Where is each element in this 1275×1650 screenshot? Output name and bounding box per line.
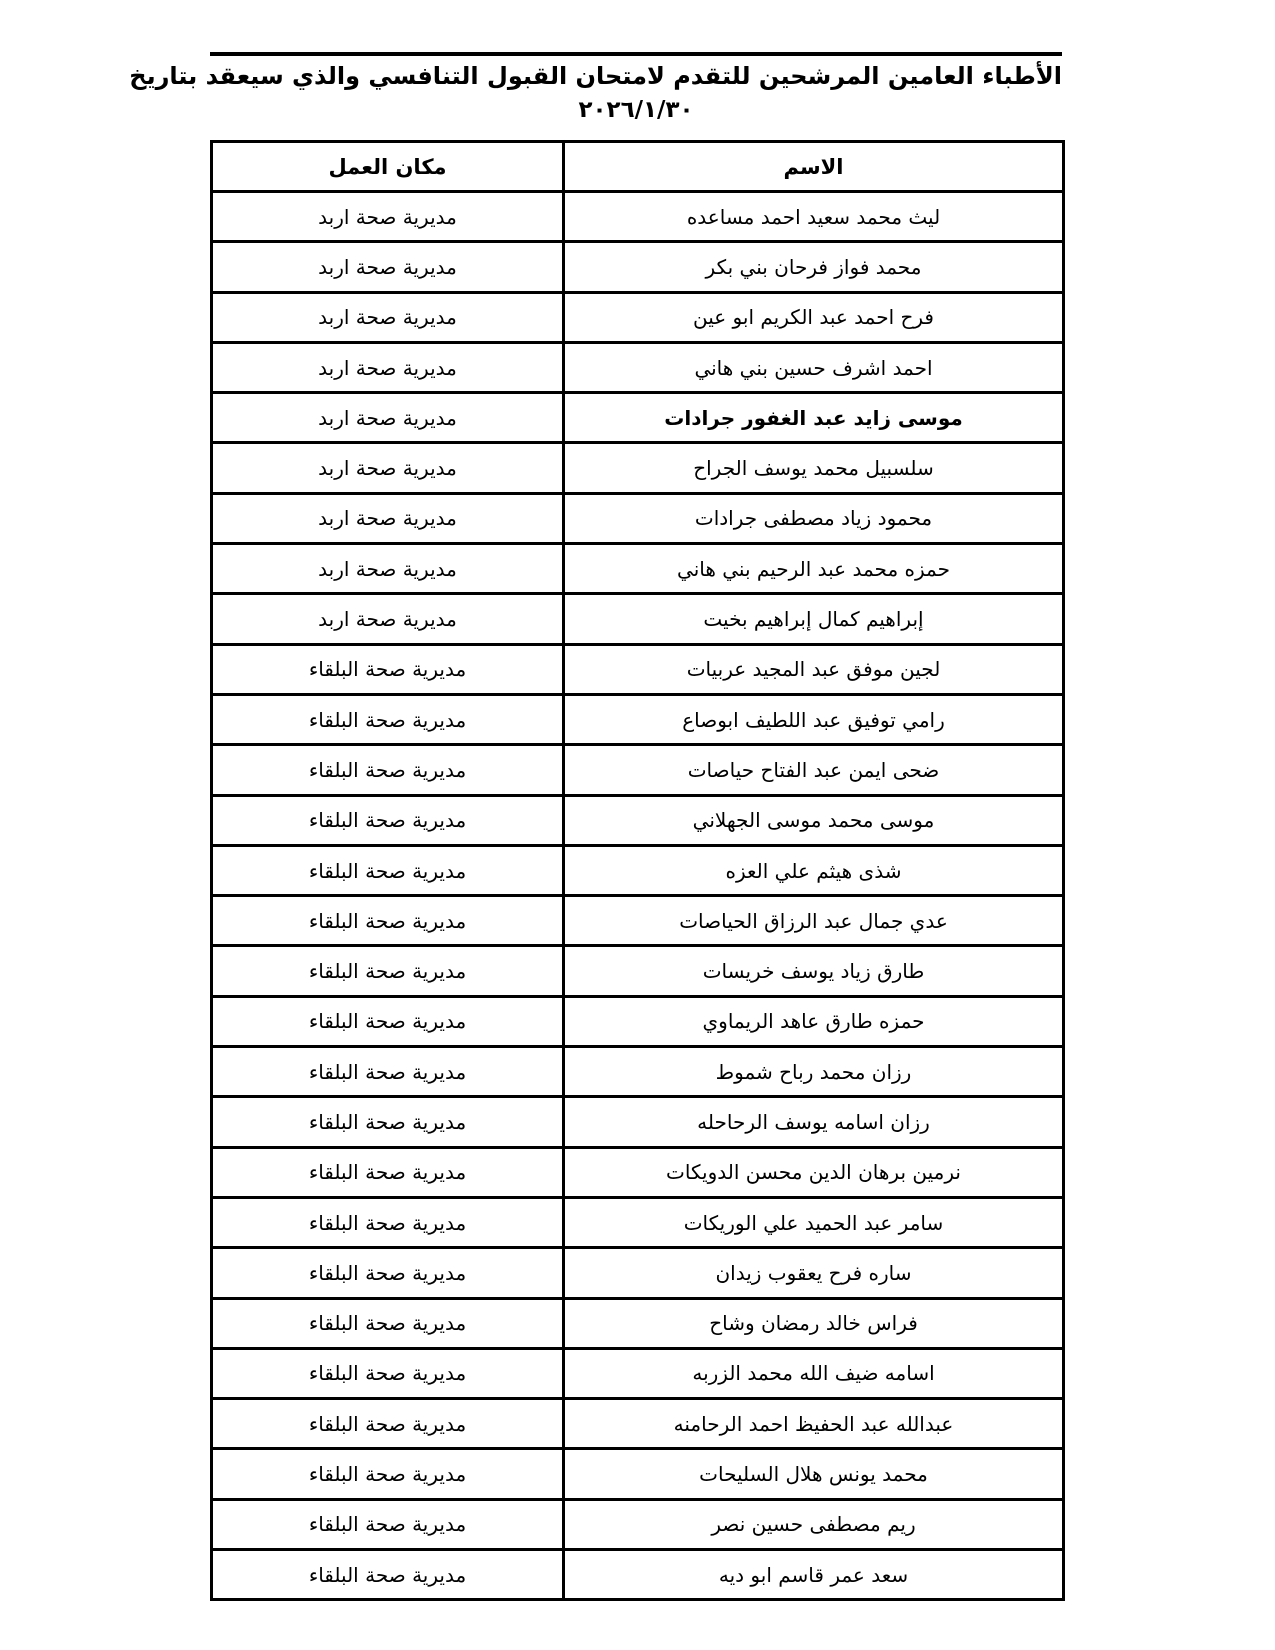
- name-cell: محمد يونس هلال السليحات: [564, 1449, 1064, 1499]
- workplace-cell: مديرية صحة اربد: [212, 443, 564, 493]
- table-row: اسامه ضيف الله محمد الزربه مديرية صحة ال…: [212, 1348, 1064, 1398]
- workplace-cell: مديرية صحة اربد: [212, 393, 564, 443]
- table-row: ضحى ايمن عبد الفتاح حياصات مديرية صحة ال…: [212, 745, 1064, 795]
- workplace-cell: مديرية صحة البلقاء: [212, 1047, 564, 1097]
- workplace-cell: مديرية صحة اربد: [212, 192, 564, 242]
- name-cell: فراس خالد رمضان وشاح: [564, 1298, 1064, 1348]
- name-cell: ليث محمد سعيد احمد مساعده: [564, 192, 1064, 242]
- workplace-cell: مديرية صحة البلقاء: [212, 1449, 564, 1499]
- workplace-cell: مديرية صحة البلقاء: [212, 1197, 564, 1247]
- workplace-cell: مديرية صحة اربد: [212, 493, 564, 543]
- workplace-cell: مديرية صحة البلقاء: [212, 1097, 564, 1147]
- name-cell: محمد فواز فرحان بني بكر: [564, 242, 1064, 292]
- workplace-cell: مديرية صحة البلقاء: [212, 1499, 564, 1549]
- workplace-cell: مديرية صحة اربد: [212, 544, 564, 594]
- table-row: إبراهيم كمال إبراهيم بخيت مديرية صحة ارب…: [212, 594, 1064, 644]
- workplace-cell: مديرية صحة البلقاء: [212, 1248, 564, 1298]
- workplace-cell: مديرية صحة اربد: [212, 594, 564, 644]
- table-row: رزان اسامه يوسف الرحاحله مديرية صحة البل…: [212, 1097, 1064, 1147]
- title-block: الأطباء العامين المرشحين للتقدم لامتحان …: [210, 58, 1062, 127]
- workplace-cell: مديرية صحة البلقاء: [212, 996, 564, 1046]
- exam-date: ٢٠٢٦/١/٣٠: [210, 94, 1062, 127]
- workplace-column-header: مكان العمل: [212, 142, 564, 192]
- name-cell: سامر عبد الحميد علي الوريكات: [564, 1197, 1064, 1247]
- name-cell: اسامه ضيف الله محمد الزربه: [564, 1348, 1064, 1398]
- table-row: موسى زايد عبد الغفور جرادات مديرية صحة ا…: [212, 393, 1064, 443]
- name-cell: موسى محمد موسى الجهلاني: [564, 795, 1064, 845]
- workplace-cell: مديرية صحة اربد: [212, 342, 564, 392]
- workplace-cell: مديرية صحة البلقاء: [212, 1348, 564, 1398]
- table-row: عبدالله عبد الحفيظ احمد الرحامنه مديرية …: [212, 1399, 1064, 1449]
- name-cell: عدي جمال عبد الرزاق الحياصات: [564, 896, 1064, 946]
- workplace-cell: مديرية صحة البلقاء: [212, 896, 564, 946]
- workplace-cell: مديرية صحة البلقاء: [212, 644, 564, 694]
- candidates-table: الاسم مكان العمل ليث محمد سعيد احمد مساع…: [210, 140, 1065, 1601]
- title-divider-rule: [210, 52, 1062, 56]
- table-header-row: الاسم مكان العمل: [212, 142, 1064, 192]
- table-body: ليث محمد سعيد احمد مساعده مديرية صحة ارب…: [212, 192, 1064, 1600]
- table-row: محمود زياد مصطفى جرادات مديرية صحة اربد: [212, 493, 1064, 543]
- table-row: ساره فرح يعقوب زيدان مديرية صحة البلقاء: [212, 1248, 1064, 1298]
- table-row: سلسبيل محمد يوسف الجراح مديرية صحة اربد: [212, 443, 1064, 493]
- workplace-cell: مديرية صحة البلقاء: [212, 694, 564, 744]
- table-row: عدي جمال عبد الرزاق الحياصات مديرية صحة …: [212, 896, 1064, 946]
- workplace-cell: مديرية صحة البلقاء: [212, 946, 564, 996]
- table-row: سامر عبد الحميد علي الوريكات مديرية صحة …: [212, 1197, 1064, 1247]
- name-cell: شذى هيثم علي العزه: [564, 845, 1064, 895]
- name-cell: رزان محمد رباح شموط: [564, 1047, 1064, 1097]
- workplace-cell: مديرية صحة البلقاء: [212, 1399, 564, 1449]
- workplace-cell: مديرية صحة البلقاء: [212, 1550, 564, 1600]
- table-row: حمزه محمد عبد الرحيم بني هاني مديرية صحة…: [212, 544, 1064, 594]
- name-cell: ضحى ايمن عبد الفتاح حياصات: [564, 745, 1064, 795]
- name-cell: عبدالله عبد الحفيظ احمد الرحامنه: [564, 1399, 1064, 1449]
- workplace-cell: مديرية صحة البلقاء: [212, 845, 564, 895]
- table-row: نرمين برهان الدين محسن الدويكات مديرية ص…: [212, 1147, 1064, 1197]
- table-row: شذى هيثم علي العزه مديرية صحة البلقاء: [212, 845, 1064, 895]
- name-cell: حمزه محمد عبد الرحيم بني هاني: [564, 544, 1064, 594]
- name-cell: نرمين برهان الدين محسن الدويكات: [564, 1147, 1064, 1197]
- table-row: محمد يونس هلال السليحات مديرية صحة البلق…: [212, 1449, 1064, 1499]
- table-row: لجين موفق عبد المجيد عربيات مديرية صحة ا…: [212, 644, 1064, 694]
- name-cell: حمزه طارق عاهد الريماوي: [564, 996, 1064, 1046]
- table-row: طارق زياد يوسف خريسات مديرية صحة البلقاء: [212, 946, 1064, 996]
- table-row: ريم مصطفى حسين نصر مديرية صحة البلقاء: [212, 1499, 1064, 1549]
- workplace-cell: مديرية صحة البلقاء: [212, 795, 564, 845]
- name-cell: سلسبيل محمد يوسف الجراح: [564, 443, 1064, 493]
- table-row: احمد اشرف حسين بني هاني مديرية صحة اربد: [212, 342, 1064, 392]
- table-row: محمد فواز فرحان بني بكر مديرية صحة اربد: [212, 242, 1064, 292]
- name-cell: طارق زياد يوسف خريسات: [564, 946, 1064, 996]
- name-cell: سعد عمر قاسم ابو ديه: [564, 1550, 1064, 1600]
- table-row: فراس خالد رمضان وشاح مديرية صحة البلقاء: [212, 1298, 1064, 1348]
- name-cell: رامي توفيق عبد اللطيف ابوصاع: [564, 694, 1064, 744]
- workplace-cell: مديرية صحة البلقاء: [212, 745, 564, 795]
- name-cell: ساره فرح يعقوب زيدان: [564, 1248, 1064, 1298]
- workplace-cell: مديرية صحة اربد: [212, 242, 564, 292]
- name-cell: إبراهيم كمال إبراهيم بخيت: [564, 594, 1064, 644]
- table-row: فرح احمد عبد الكريم ابو عين مديرية صحة ا…: [212, 292, 1064, 342]
- name-cell: احمد اشرف حسين بني هاني: [564, 342, 1064, 392]
- name-cell: رزان اسامه يوسف الرحاحله: [564, 1097, 1064, 1147]
- table-row: موسى محمد موسى الجهلاني مديرية صحة البلق…: [212, 795, 1064, 845]
- name-cell: محمود زياد مصطفى جرادات: [564, 493, 1064, 543]
- workplace-cell: مديرية صحة اربد: [212, 292, 564, 342]
- table-row: حمزه طارق عاهد الريماوي مديرية صحة البلق…: [212, 996, 1064, 1046]
- document-page: { "document": { "title": "الأطباء العامي…: [0, 0, 1275, 1650]
- name-column-header: الاسم: [564, 142, 1064, 192]
- table-row: سعد عمر قاسم ابو ديه مديرية صحة البلقاء: [212, 1550, 1064, 1600]
- document-title: الأطباء العامين المرشحين للتقدم لامتحان …: [210, 58, 1062, 94]
- workplace-cell: مديرية صحة البلقاء: [212, 1298, 564, 1348]
- table-row: رزان محمد رباح شموط مديرية صحة البلقاء: [212, 1047, 1064, 1097]
- workplace-cell: مديرية صحة البلقاء: [212, 1147, 564, 1197]
- table-row: ليث محمد سعيد احمد مساعده مديرية صحة ارب…: [212, 192, 1064, 242]
- name-cell: ريم مصطفى حسين نصر: [564, 1499, 1064, 1549]
- name-cell: لجين موفق عبد المجيد عربيات: [564, 644, 1064, 694]
- name-cell: فرح احمد عبد الكريم ابو عين: [564, 292, 1064, 342]
- table-row: رامي توفيق عبد اللطيف ابوصاع مديرية صحة …: [212, 694, 1064, 744]
- name-cell: موسى زايد عبد الغفور جرادات: [564, 393, 1064, 443]
